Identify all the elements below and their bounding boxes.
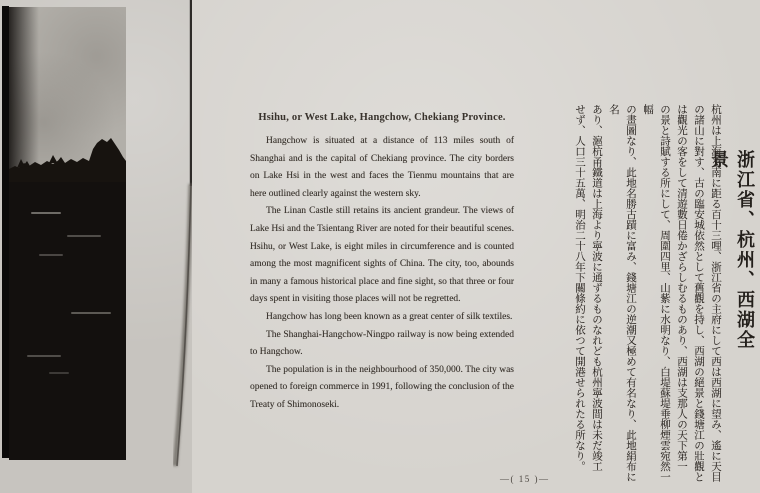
- english-paragraph-3: Hangchow has long been known as a great …: [250, 309, 514, 327]
- english-section: Hsihu, or West Lake, Hangchow, Chekiang …: [250, 112, 514, 415]
- english-paragraph-5: The population is in the neighbourhood o…: [250, 362, 514, 415]
- english-title: Hsihu, or West Lake, Hangchow, Chekiang …: [250, 112, 514, 123]
- japanese-column-4: の景と詩賦する所にして、周圍四里、山紫に水明なり、白堤蘇堤垂柳煙雲宛然一幅: [639, 104, 673, 486]
- water-highlight: [71, 312, 111, 314]
- water-highlight: [27, 355, 61, 357]
- right-text-page: Hsihu, or West Lake, Hangchow, Chekiang …: [192, 0, 760, 493]
- book-scan: Hsihu, or West Lake, Hangchow, Chekiang …: [0, 0, 760, 493]
- english-paragraph-4: The Shanghai-Hangchow-Ningpo railway is …: [250, 327, 514, 362]
- page-number: —( 15 )—: [500, 474, 550, 484]
- japanese-column-5: の畫圖なり、此地名勝古蹟に富み、錢塘江の逆潮又極めて有名なり、此地絹布に名: [605, 104, 639, 486]
- japanese-section: 杭州は上海を南に距る百十三哩、浙江省の主府にして西は西湖に望み、遙に天目 の諸山…: [600, 104, 724, 486]
- english-paragraph-1: Hangchow is situated at a distance of 11…: [250, 133, 514, 203]
- japanese-title: 浙江省、杭州、西湖全景: [728, 150, 758, 360]
- japanese-column-7: せず、人口三十五萬、明治二十八年下關條約に依つて開港せられたる所なり。: [571, 104, 588, 486]
- water-highlight: [31, 212, 61, 214]
- left-photo-page: [0, 0, 192, 493]
- japanese-column-1: 杭州は上海を南に距る百十三哩、浙江省の主府にして西は西湖に望み、遙に天目: [707, 104, 724, 486]
- page-edge-band: [2, 6, 9, 458]
- water-highlight: [67, 235, 101, 237]
- photo: [9, 7, 126, 460]
- japanese-column-2: の諸山に對す、古の臨安城依然として舊觀を持し、西湖の絕景と錢塘江の壯觀と: [690, 104, 707, 486]
- japanese-column-6: あり、滬杭甬鐵道は上海より寧波に通ずるものなれども杭州寧波間は未だ竣工: [588, 104, 605, 486]
- water-highlight: [39, 254, 63, 256]
- japanese-column-3: は觀光の客をして清遊數日倦かざらしむるものあり、西湖は支那人の天下第一: [673, 104, 690, 486]
- photo-ground: [9, 182, 126, 460]
- english-paragraph-2: The Linan Castle still retains its ancie…: [250, 203, 514, 309]
- water-highlight: [49, 372, 69, 374]
